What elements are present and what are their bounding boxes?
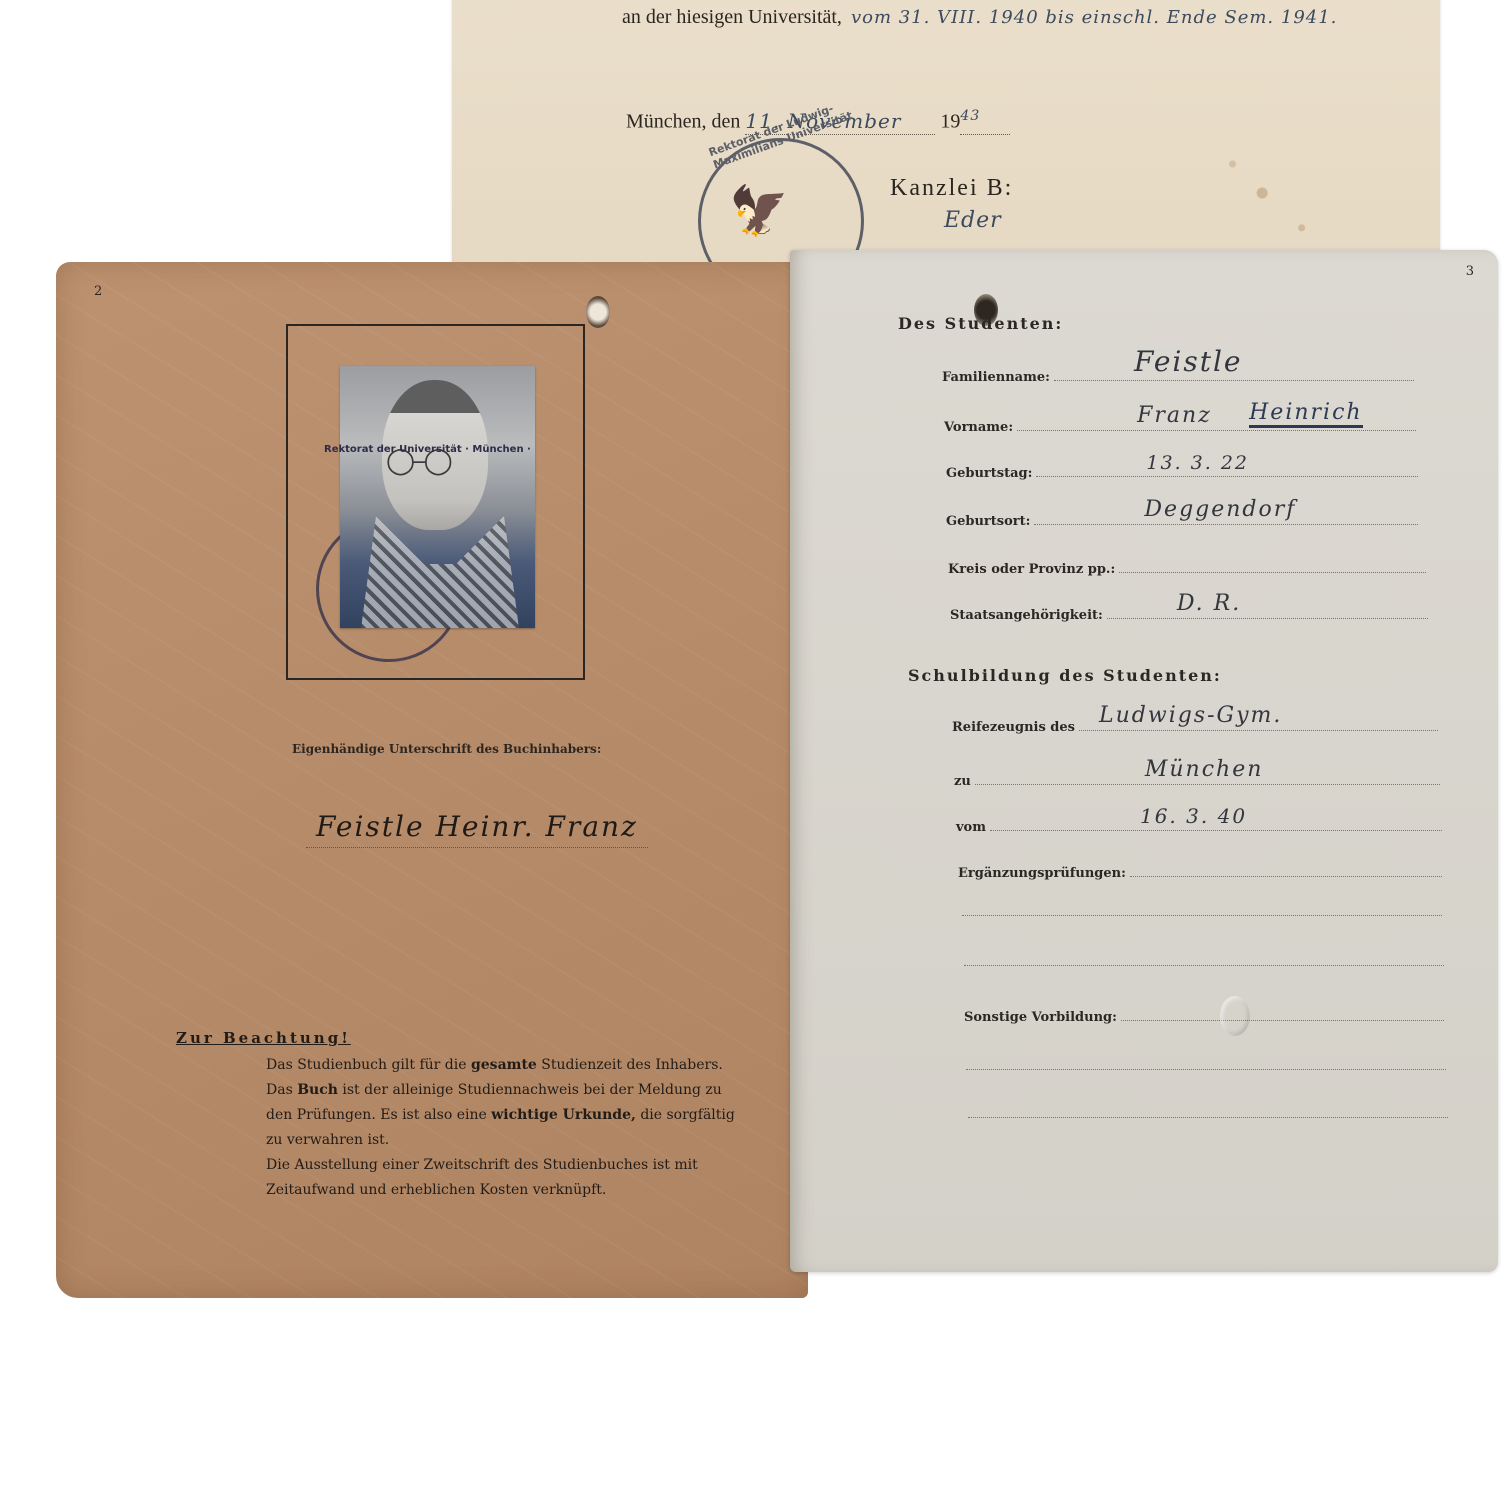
blank-line <box>966 1068 1446 1070</box>
field-value: München <box>1145 757 1264 782</box>
field-value: 13. 3. 22 <box>1146 452 1249 474</box>
field-familienname: Familienname: Feistle <box>942 366 1414 385</box>
field-geburtsort: Geburtsort: Deggendorf <box>946 510 1418 529</box>
field-value: Feistle <box>1134 345 1243 378</box>
field-value: Franz <box>1137 403 1212 428</box>
field-label: Geburtstag: <box>946 466 1032 481</box>
field-label: Familienname: <box>942 370 1050 385</box>
student-section-title: Des Studenten: <box>898 314 1063 333</box>
notice-title: Zur Beachtung! <box>176 1029 351 1047</box>
notice-bold: Buch <box>297 1082 338 1098</box>
field-label: vom <box>956 820 986 835</box>
year-prefix: 19 <box>940 111 960 133</box>
field-zu: zu München <box>954 770 1440 789</box>
holder-signature: Feistle Heinr. Franz <box>306 810 648 848</box>
notice-bold: wichtige Urkunde, <box>491 1107 636 1123</box>
checked-collar <box>360 516 520 628</box>
school-section-title: Schulbildung des Studenten: <box>908 666 1222 685</box>
enrollment-handwritten-text: vom 31. VIII. 1940 bis einschl. Ende Sem… <box>851 7 1337 28</box>
field-value-underlined: Heinrich <box>1249 400 1362 428</box>
year-handwritten: 43 <box>960 108 980 124</box>
enrollment-printed-text: an der hiesigen Universität, <box>622 6 842 28</box>
field-label: Vorname: <box>944 420 1013 435</box>
notice-text: Die Ausstellung einer Zweitschrift des S… <box>266 1157 698 1198</box>
field-sonstige-vorbildung: Sonstige Vorbildung: <box>964 1006 1444 1025</box>
field-staatsangehoerigkeit: Staatsangehörigkeit: D. R. <box>950 604 1428 623</box>
blank-line <box>968 1116 1448 1118</box>
field-value: D. R. <box>1177 591 1241 616</box>
field-value: Ludwigs-Gym. <box>1099 703 1282 728</box>
notice-bold: gesamte <box>471 1057 537 1073</box>
field-label: Staatsangehörigkeit: <box>950 608 1103 623</box>
signature-label: Eigenhändige Unterschrift des Buchinhabe… <box>292 742 601 756</box>
notice-text: Studienzeit des Inhabers. <box>537 1057 723 1073</box>
office-label: Kanzlei B: <box>890 175 1013 202</box>
blank-line <box>964 964 1444 966</box>
field-reifezeugnis: Reifezeugnis des Ludwigs-Gym. <box>952 716 1438 735</box>
office-signature: Eder <box>944 208 1002 233</box>
notice-text: Das <box>266 1082 297 1098</box>
field-ergaenzungspruefungen: Ergänzungsprüfungen: <box>958 862 1442 881</box>
field-label: zu <box>954 774 971 789</box>
studienbuch-left-page: 2 ◯‒◯ Rektorat der Universität · München… <box>56 262 808 1298</box>
embossed-mark <box>1220 996 1250 1036</box>
notice-body: Das Studienbuch gilt für die gesamte Stu… <box>266 1053 736 1203</box>
field-label: Reifezeugnis des <box>952 720 1075 735</box>
field-label: Sonstige Vorbildung: <box>964 1010 1117 1025</box>
punch-hole <box>586 296 610 328</box>
field-kreis: Kreis oder Provinz pp.: <box>948 558 1426 577</box>
page-number: 3 <box>1466 264 1474 279</box>
date-prefix: München, den <box>626 111 740 133</box>
page-number: 2 <box>94 284 102 299</box>
notice-block: Zur Beachtung! Das Studienbuch gilt für … <box>176 1028 736 1203</box>
eagle-emblem-icon: 🦅 <box>729 187 789 235</box>
studienbuch-right-page: 3 Des Studenten: Familienname: Feistle V… <box>790 250 1498 1272</box>
photo-stamp-text: Rektorat der Universität · München · <box>324 444 531 455</box>
certificate-enrollment-line: an der hiesigen Universität, vom 31. VII… <box>622 6 1337 29</box>
student-photo: ◯‒◯ <box>340 366 535 628</box>
photo-frame: ◯‒◯ Rektorat der Universität · München · <box>286 324 585 680</box>
university-certificate: an der hiesigen Universität, vom 31. VII… <box>452 0 1440 280</box>
field-value: 16. 3. 40 <box>1140 804 1247 828</box>
field-vorname: Vorname: FranzHeinrich <box>944 416 1416 435</box>
field-geburtstag: Geburtstag: 13. 3. 22 <box>946 462 1418 481</box>
blank-line <box>962 914 1442 916</box>
field-vom: vom 16. 3. 40 <box>956 816 1442 835</box>
field-label: Geburtsort: <box>946 514 1030 529</box>
field-value: Deggendorf <box>1144 497 1296 522</box>
notice-text: Das Studienbuch gilt für die <box>266 1057 471 1073</box>
field-label: Kreis oder Provinz pp.: <box>948 562 1115 577</box>
field-label: Ergänzungsprüfungen: <box>958 866 1126 881</box>
